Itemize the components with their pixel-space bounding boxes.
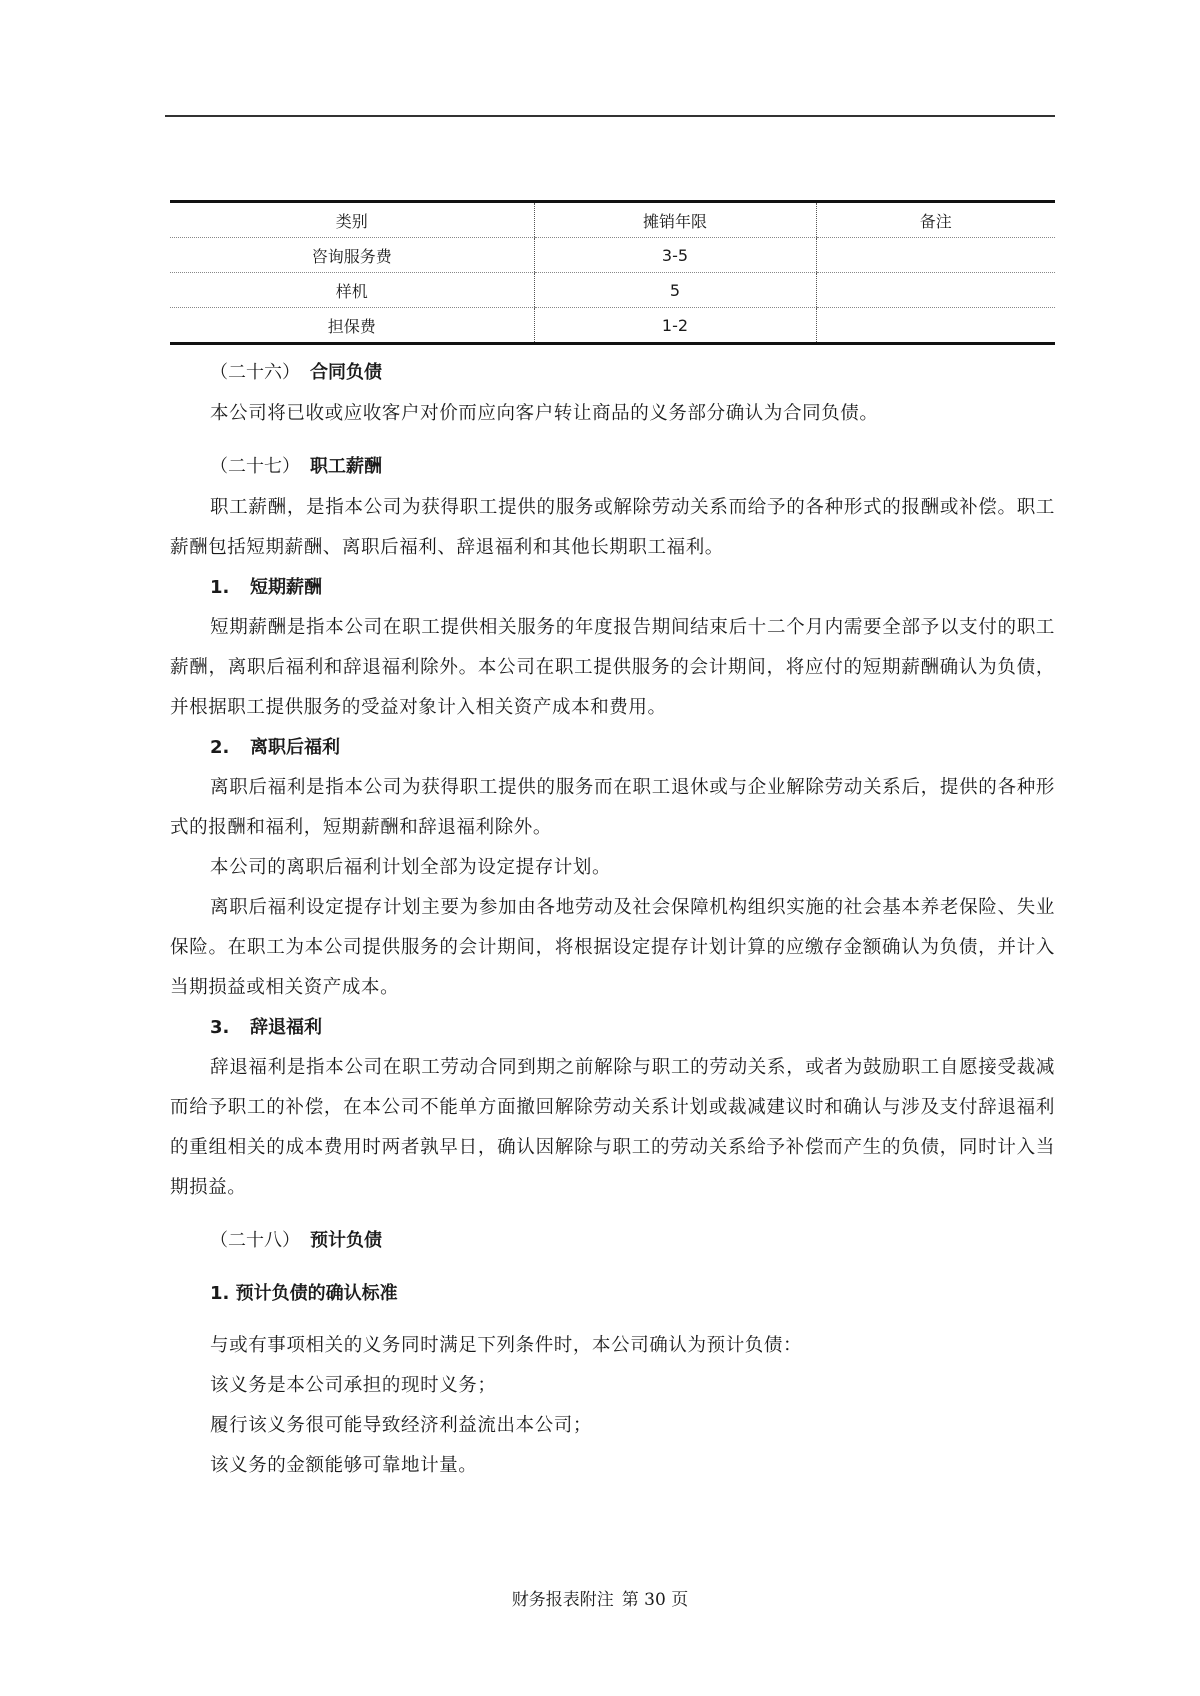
- criteria-line: 该义务是本公司承担的现时义务；: [170, 1366, 1055, 1406]
- cell-category: 咨询服务费: [170, 238, 534, 273]
- subheading-title: 辞退福利: [250, 1017, 322, 1038]
- cell-category: 样机: [170, 273, 534, 308]
- amortization-table: 类别 摊销年限 备注 咨询服务费 3-5 样机 5 担保费 1-2: [170, 200, 1055, 345]
- section-number: （二十六）: [210, 352, 310, 394]
- subheading-title: 短期薪酬: [250, 577, 322, 598]
- cell-period: 1-2: [534, 308, 816, 344]
- section-title: 职工薪酬: [310, 456, 382, 477]
- paragraph: 离职后福利设定提存计划主要为参加由各地劳动及社会保障机构组织实施的社会基本养老保…: [170, 888, 1055, 1008]
- table-row: 咨询服务费 3-5: [170, 238, 1055, 273]
- paragraph: 短期薪酬是指本公司在职工提供相关服务的年度报告期间结束后十二个月内需要全部予以支…: [170, 608, 1055, 728]
- paragraph: 离职后福利是指本公司为获得职工提供的服务而在职工退休或与企业解除劳动关系后，提供…: [170, 768, 1055, 848]
- column-header-category: 类别: [170, 202, 534, 238]
- cell-remarks: [816, 308, 1055, 344]
- table-row: 担保费 1-2: [170, 308, 1055, 344]
- subheading-termination-benefits: 3.辞退福利: [210, 1008, 1055, 1048]
- table-row: 样机 5: [170, 273, 1055, 308]
- subheading-number: 3.: [210, 1008, 250, 1048]
- paragraph: 本公司的离职后福利计划全部为设定提存计划。: [170, 848, 1055, 888]
- section-heading-provisions: （二十八）预计负债: [210, 1220, 1055, 1262]
- page-number: 第 30 页: [622, 1590, 688, 1610]
- table-header-row: 类别 摊销年限 备注: [170, 202, 1055, 238]
- criteria-line: 履行该义务很可能导致经济利益流出本公司；: [170, 1406, 1055, 1446]
- paragraph: 辞退福利是指本公司在职工劳动合同到期之前解除与职工的劳动关系，或者为鼓励职工自愿…: [170, 1048, 1055, 1208]
- section-title: 合同负债: [310, 362, 382, 383]
- subheading-post-employment-benefits: 2.离职后福利: [210, 728, 1055, 768]
- paragraph: 职工薪酬，是指本公司为获得职工提供的服务或解除劳动关系而给予的各种形式的报酬或补…: [170, 488, 1055, 568]
- cell-period: 5: [534, 273, 816, 308]
- section-number: （二十七）: [210, 446, 310, 488]
- section-number: （二十八）: [210, 1220, 310, 1262]
- criteria-line: 该义务的金额能够可靠地计量。: [170, 1446, 1055, 1486]
- subheading-number: 2.: [210, 728, 250, 768]
- document-body: （二十六）合同负债 本公司将已收或应收客户对价而应向客户转让商品的义务部分确认为…: [170, 352, 1055, 1486]
- column-header-remarks: 备注: [816, 202, 1055, 238]
- cell-remarks: [816, 238, 1055, 273]
- column-header-amortization-period: 摊销年限: [534, 202, 816, 238]
- section-heading-employee-compensation: （二十七）职工薪酬: [210, 446, 1055, 488]
- page-footer: 财务报表附注第 30 页: [0, 1585, 1200, 1610]
- subheading-title: 离职后福利: [250, 737, 340, 758]
- cell-period: 3-5: [534, 238, 816, 273]
- criteria-line: 与或有事项相关的义务同时满足下列条件时，本公司确认为预计负债：: [170, 1326, 1055, 1366]
- cell-category: 担保费: [170, 308, 534, 344]
- subheading-short-term-compensation: 1.短期薪酬: [210, 568, 1055, 608]
- section-heading-contract-liabilities: （二十六）合同负债: [210, 352, 1055, 394]
- subheading-number: 1.: [210, 568, 250, 608]
- paragraph: 本公司将已收或应收客户对价而应向客户转让商品的义务部分确认为合同负债。: [170, 394, 1055, 434]
- cell-remarks: [816, 273, 1055, 308]
- section-title: 预计负债: [310, 1230, 382, 1251]
- subheading-recognition-criteria: 1. 预计负债的确认标准: [210, 1274, 1055, 1314]
- header-rule: [165, 115, 1055, 117]
- footer-label: 财务报表附注: [512, 1590, 614, 1610]
